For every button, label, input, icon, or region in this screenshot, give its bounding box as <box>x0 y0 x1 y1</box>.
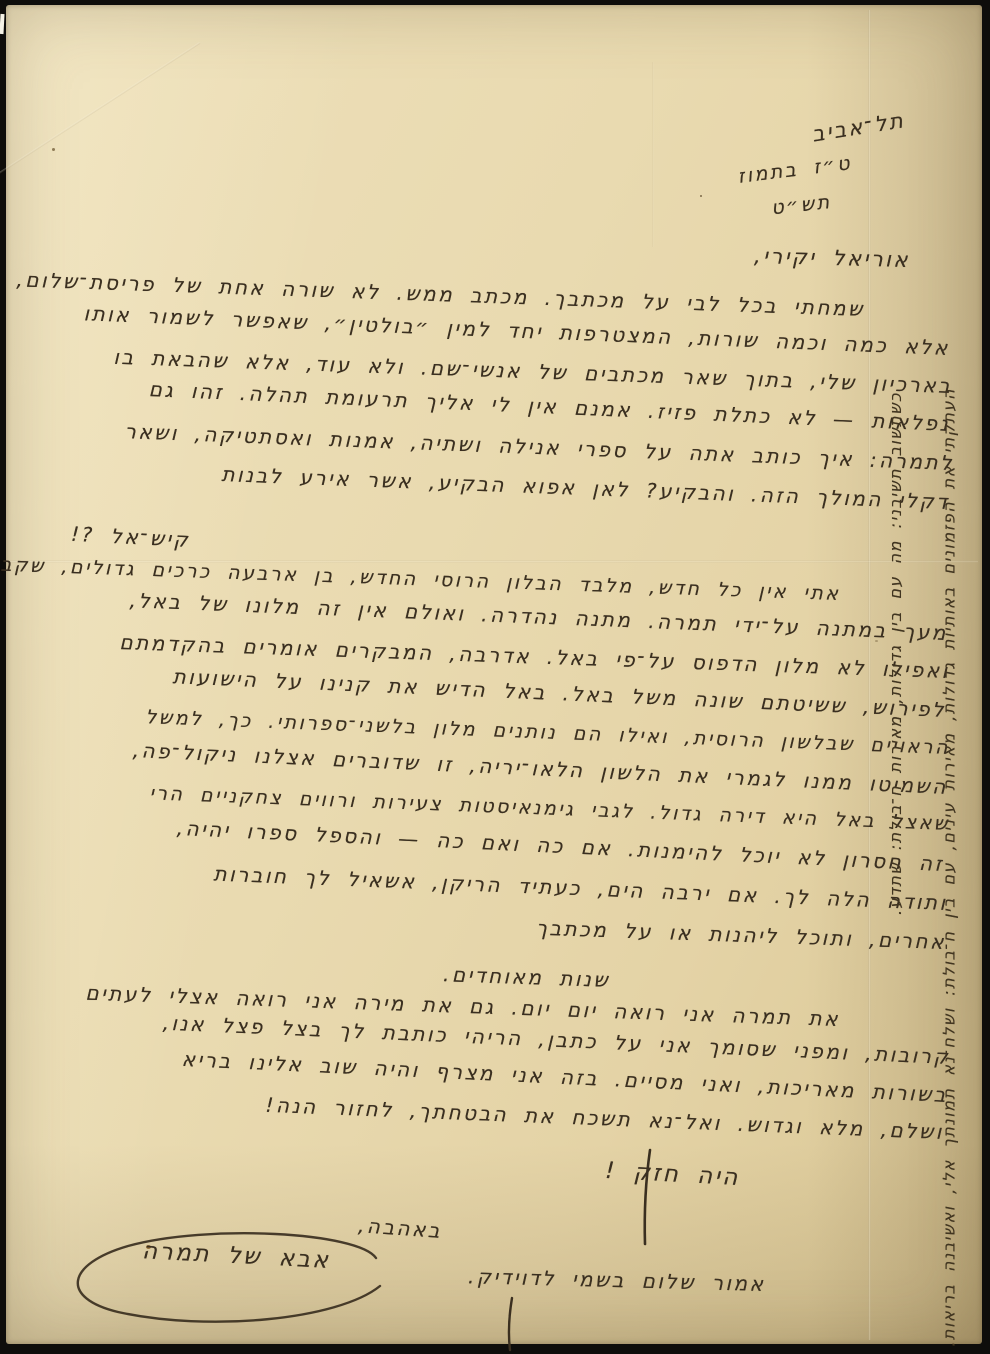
salutation: אוריאל יקירי, <box>754 244 911 272</box>
margin-note-inner: כשתשוב תשיבני: מה עם בין גדולות, מאירות … <box>886 392 905 915</box>
letter-photo: תל־אביב ט״ז בתמוז תש״ט אוריאל יקירי, שמח… <box>0 0 990 1354</box>
margin-note-outer: העתקתי את הפזמונים באותיות גדולות, מאירו… <box>940 388 959 1347</box>
paper-edge-sliver <box>0 14 5 34</box>
